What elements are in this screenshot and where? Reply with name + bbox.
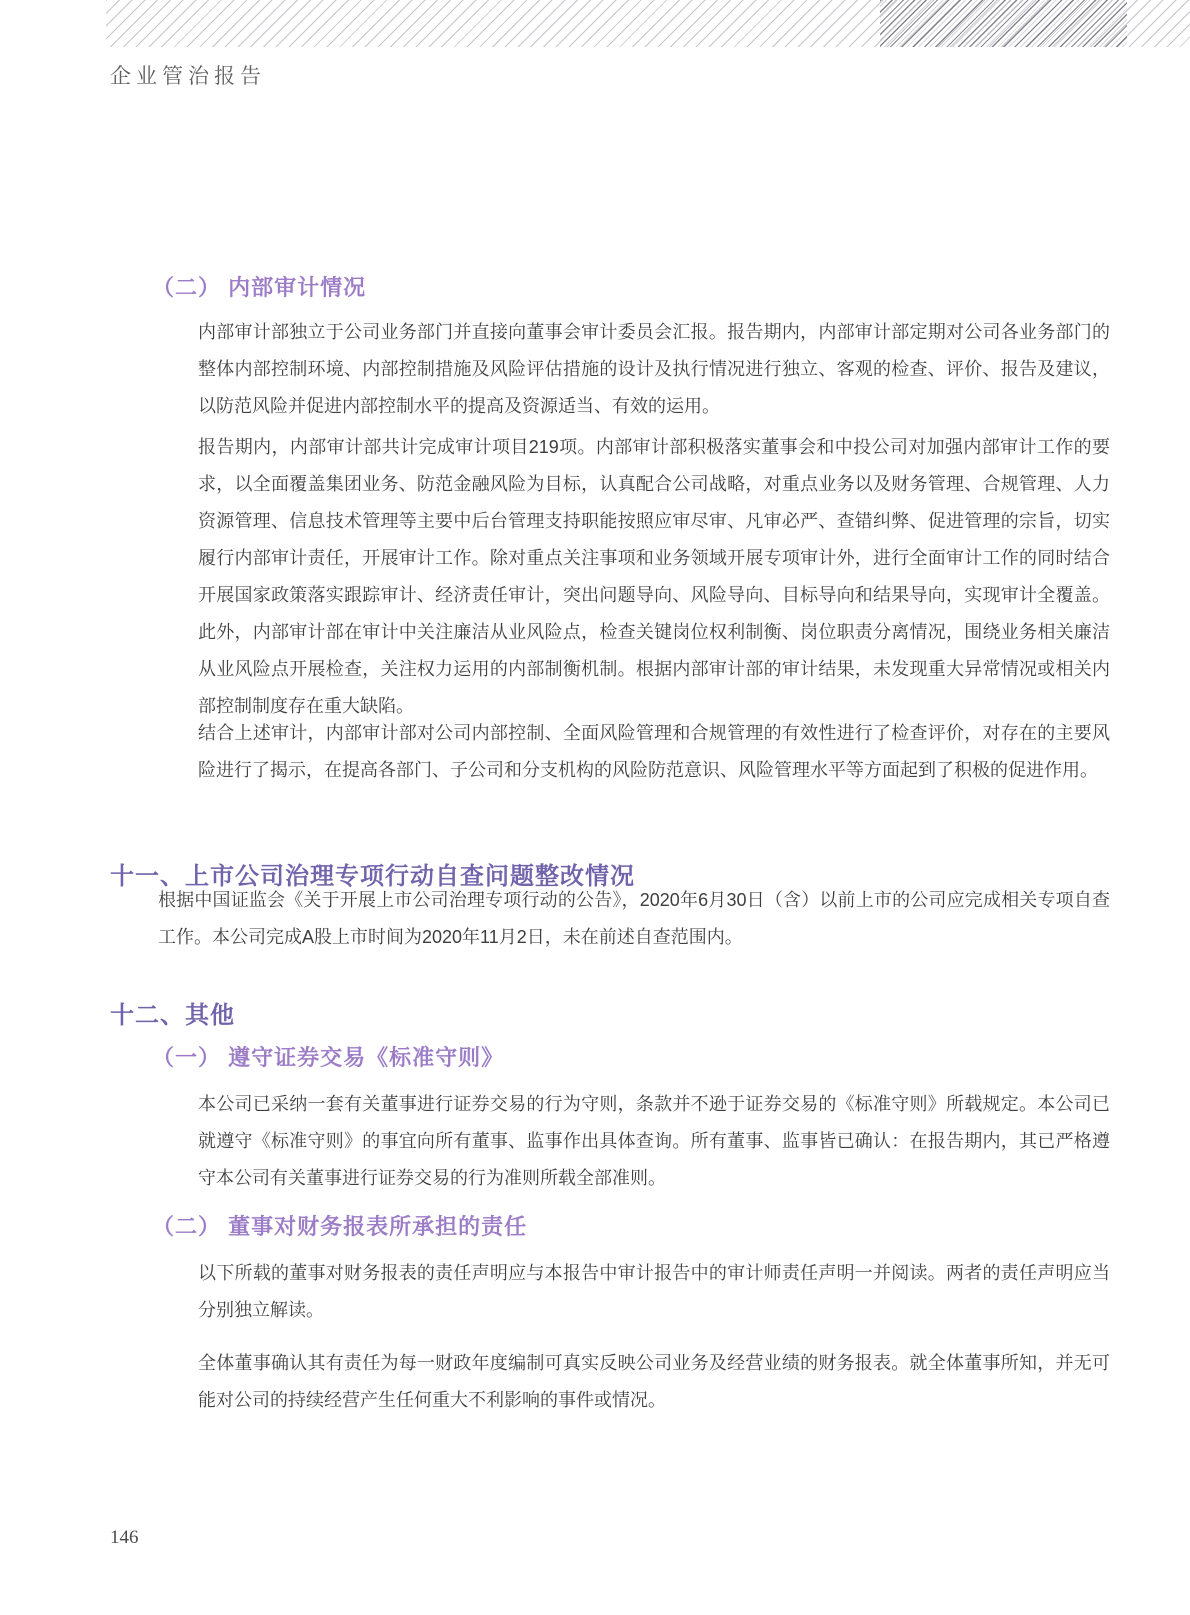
heading-directors-responsibility: （二） 董事对财务报表所承担的责任 [152, 1210, 527, 1241]
heading-internal-audit: （二） 内部审计情况 [152, 271, 366, 302]
running-header: 企业管治报告 [110, 60, 266, 90]
paragraph-securities-code: 本公司已采纳一套有关董事进行证券交易的行为守则，条款并不逊于证券交易的《标准守则… [198, 1086, 1110, 1197]
report-page: 企业管治报告 （二） 内部审计情况 内部审计部独立于公司业务部门并直接向董事会审… [0, 0, 1190, 1615]
heading-securities-code: （一） 遵守证券交易《标准守则》 [152, 1041, 504, 1072]
paragraph-section-eleven: 根据中国证监会《关于开展上市公司治理专项行动的公告》，2020年6月30日（含）… [158, 882, 1110, 956]
heading-section-twelve: 十二、其他 [110, 995, 235, 1030]
paragraph-internal-audit-1: 内部审计部独立于公司业务部门并直接向董事会审计委员会汇报。报告期内，内部审计部定… [198, 314, 1110, 425]
paragraph-directors-responsibility-1: 以下所载的董事对财务报表的责任声明应与本报告中审计报告中的审计师责任声明一并阅读… [198, 1255, 1110, 1329]
page-number: 146 [110, 1527, 139, 1549]
paragraph-internal-audit-2: 报告期内，内部审计部共计完成审计项目219项。内部审计部积极落实董事会和中投公司… [198, 429, 1110, 725]
decorative-hatch-band [106, 0, 1190, 47]
decorative-hatch-band-dark-segment [880, 0, 1127, 47]
paragraph-internal-audit-3: 结合上述审计，内部审计部对公司内部控制、全面风险管理和合规管理的有效性进行了检查… [198, 715, 1110, 789]
paragraph-directors-responsibility-2: 全体董事确认其有责任为每一财政年度编制可真实反映公司业务及经营业绩的财务报表。就… [198, 1345, 1110, 1419]
